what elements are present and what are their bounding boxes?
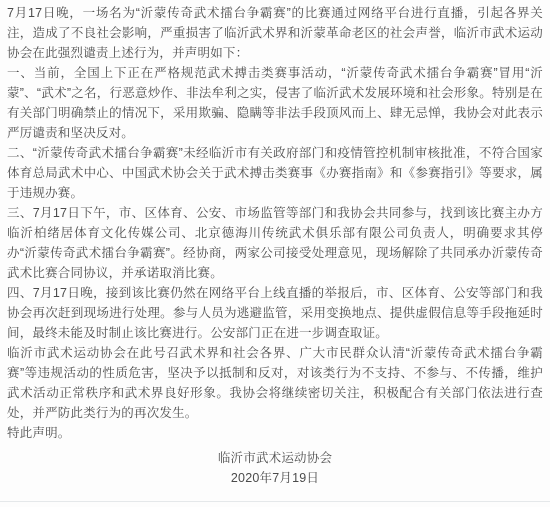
statement-paragraph-4: 四、7月17日晚，接到该比赛仍然在网络平台上线直播的举报后，市、区体育、公安等部…: [7, 283, 543, 343]
closing-statement: 特此声明。: [7, 423, 543, 443]
signature-block: 临沂市武术运动协会 2020年7月19日: [7, 448, 543, 488]
bottom-divider: [0, 501, 550, 502]
statement-body: 7月17日晚，一场名为“沂蒙传奇武术擂台争霸赛”的比赛通过网络平台进行直播，引起…: [0, 0, 550, 488]
statement-paragraph-1: 一、当前，全国上下正在严格规范武术搏击类赛事活动，“沂蒙传奇武术擂台争霸赛”冒用…: [7, 63, 543, 143]
signature-org-name: 临沂市武术运动协会: [7, 448, 543, 468]
statement-appeal-paragraph: 临沂市武术运动协会在此号召武术界和社会各界、广大市民群众认清“沂蒙传奇武术擂台争…: [7, 343, 543, 423]
statement-paragraph-3: 三、7月17日下午，市、区体育、公安、市场监管等部门和我协会共同参与，找到该比赛…: [7, 203, 543, 283]
statement-intro-paragraph: 7月17日晚，一场名为“沂蒙传奇武术擂台争霸赛”的比赛通过网络平台进行直播，引起…: [7, 3, 543, 63]
signature-date: 2020年7月19日: [7, 468, 543, 488]
statement-paragraph-2: 二、“沂蒙传奇武术擂台争霸赛”未经临沂市有关政府部门和疫情管控机制审核批准，不符…: [7, 143, 543, 203]
